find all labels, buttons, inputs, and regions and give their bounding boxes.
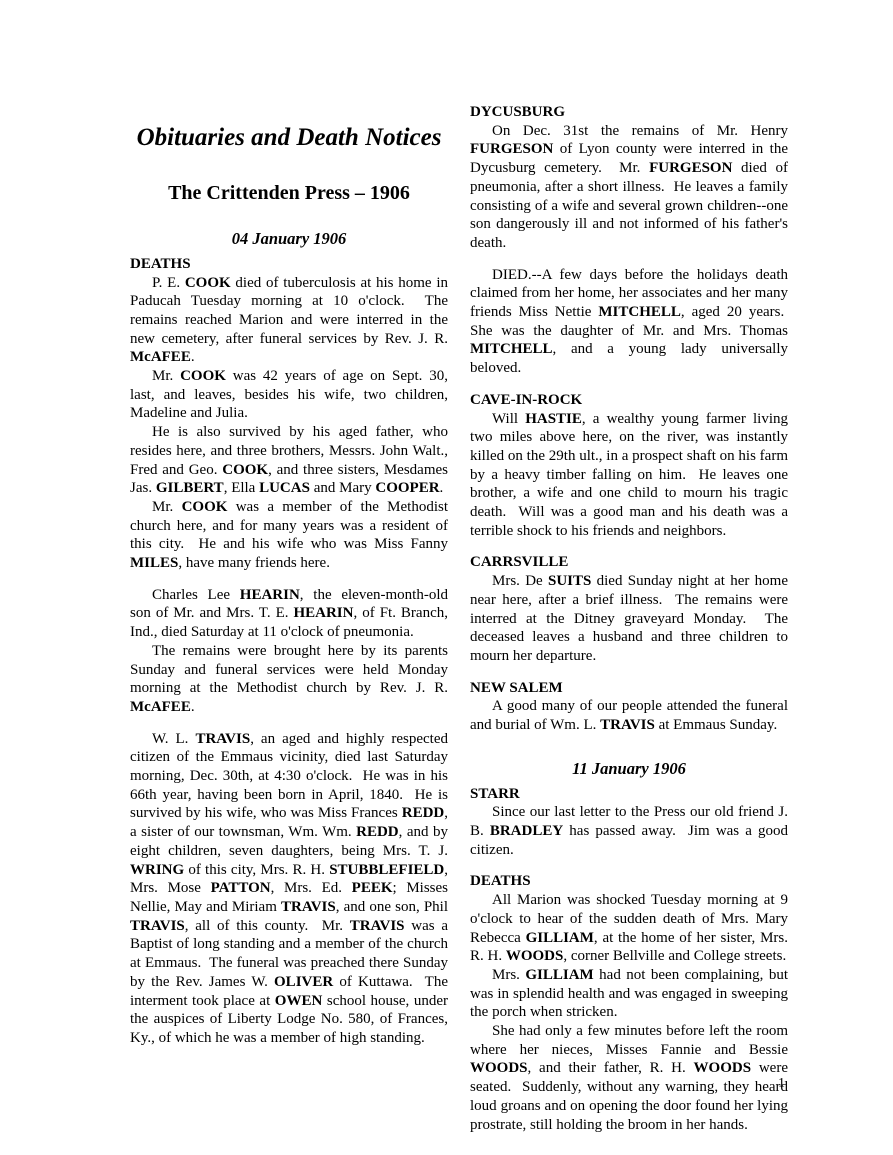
section-heading: CAVE-IN-ROCK [470, 391, 788, 410]
paragraph: Mr. COOK was 42 years of age on Sept. 30… [130, 367, 448, 423]
story-gap [470, 378, 788, 391]
date-heading: 11 January 1906 [470, 759, 788, 779]
right-column: DYCUSBURGOn Dec. 31st the remains of Mr.… [470, 103, 788, 1134]
story-gap [470, 859, 788, 872]
paragraph: All Marion was shocked Tuesday morning a… [470, 891, 788, 966]
paragraph: Mr. COOK was a member of the Methodist c… [130, 498, 448, 573]
date-heading: 04 January 1906 [130, 229, 448, 249]
paragraph: W. L. TRAVIS, an aged and highly respect… [130, 730, 448, 1048]
paragraph: The remains were brought here by its par… [130, 642, 448, 717]
paragraph: Charles Lee HEARIN, the eleven-month-old… [130, 586, 448, 642]
section-heading: NEW SALEM [470, 679, 788, 698]
section-heading: DEATHS [470, 872, 788, 891]
paragraph: P. E. COOK died of tuberculosis at his h… [130, 274, 448, 368]
story-gap [470, 540, 788, 553]
story-gap [470, 666, 788, 679]
story-gap [470, 253, 788, 266]
masthead-title: The Crittenden Press – 1906 [130, 181, 448, 205]
page-content: Obituaries and Death Notices The Critten… [130, 103, 788, 1134]
paragraph: A good many of our people attended the f… [470, 697, 788, 734]
paragraph: Since our last letter to the Press our o… [470, 803, 788, 859]
document-title: Obituaries and Death Notices [130, 121, 448, 154]
page-number: 1 [778, 1077, 785, 1091]
paragraph: Mrs. GILLIAM had not been complaining, b… [470, 966, 788, 1022]
story-gap [130, 717, 448, 730]
paragraph: On Dec. 31st the remains of Mr. Henry FU… [470, 122, 788, 253]
paragraph: She had only a few minutes before left t… [470, 1022, 788, 1134]
right-column-blocks: DYCUSBURGOn Dec. 31st the remains of Mr.… [470, 103, 788, 1134]
left-column: Obituaries and Death Notices The Critten… [130, 103, 448, 1134]
paragraph: Will HASTIE, a wealthy young farmer livi… [470, 410, 788, 541]
story-gap [130, 573, 448, 586]
section-heading: CARRSVILLE [470, 553, 788, 572]
left-column-blocks: 04 January 1906DEATHSP. E. COOK died of … [130, 229, 448, 1048]
paragraph: Mrs. De SUITS died Sunday night at her h… [470, 572, 788, 666]
document-page: Obituaries and Death Notices The Critten… [0, 0, 893, 1155]
section-heading: DYCUSBURG [470, 103, 788, 122]
section-heading: STARR [470, 785, 788, 804]
paragraph: DIED.--A few days before the holidays de… [470, 266, 788, 378]
paragraph: He is also survived by his aged father, … [130, 423, 448, 498]
section-heading: DEATHS [130, 255, 448, 274]
